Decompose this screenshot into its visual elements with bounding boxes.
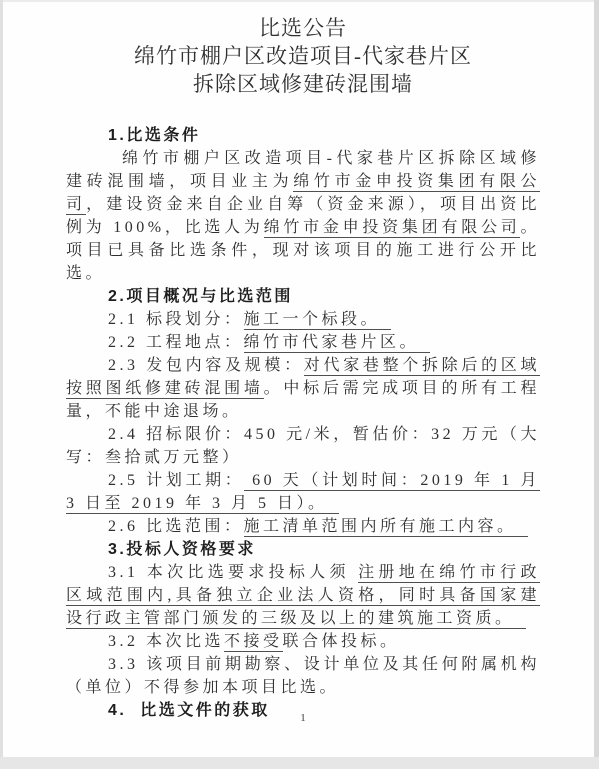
body-paragraph-section-1-paragraph: 绵竹市棚户区改造项目-代家巷片区拆除区域修建砖混围墙，项目业主为绵竹市金申投资集… (66, 147, 540, 285)
numbered-item-item-2-6: 2.6 比选范围：施工清单范围内所有施工内容。 (66, 515, 540, 538)
numbered-item-item-2-2: 2.2 工程地点：绵竹市代家巷片区。 (66, 331, 540, 354)
section-heading-section-2-title: 2.项目概况与比选范围 (66, 285, 540, 308)
text-run: 2.1 标段划分： (108, 311, 244, 328)
numbered-item-item-2-4: 2.4 招标限价：450 元/米，暂估价：32 万元（大写：叁拾贰万元整） (66, 423, 540, 469)
text-run: 1.比选条件 (108, 127, 200, 144)
numbered-item-item-2-1: 2.1 标段划分：施工一个标段。 (66, 308, 540, 331)
numbered-item-item-3-2: 3.2 本次比选不接受联合体投标。 (66, 630, 540, 653)
numbered-item-item-2-5: 2.5 计划工期： 60 天（计划时间：2019 年 1 月 3 日至 2019… (66, 469, 540, 515)
text-run: 联合体投标。 (283, 633, 400, 650)
scan-edge-left (0, 0, 3, 757)
document-title: 比选公告 绵竹市棚户区改造项目-代家巷片区 拆除区域修建砖混围墙 (66, 14, 540, 98)
numbered-item-item-3-3: 3.3 该项目前期勘察、设计单位及其任何附属机构（单位）不得参加本项目比选。 (66, 653, 540, 699)
underlined-text: 绵竹市金申投资集团有限公司 (264, 219, 521, 238)
document-content: 比选公告 绵竹市棚户区改造项目-代家巷片区 拆除区域修建砖混围墙 1.比选条件绵… (66, 14, 540, 722)
underlined-text: 绵竹市代家巷片区。 (244, 334, 431, 353)
title-line-announcement: 比选公告 (66, 14, 540, 42)
text-run: 3.3 该项目前期勘察、设计单位及其任何附属机构（单位）不得参加本项目比选。 (66, 656, 540, 696)
scan-edge-right (594, 0, 599, 769)
text-run: 2.6 比选范围： (108, 518, 244, 535)
text-run: 2.4 招标限价：450 元/米，暂估价：32 万元（大写：叁拾贰万元整） (66, 426, 540, 466)
text-run: 3.2 本次比选 (108, 633, 224, 650)
text-run: 2.项目概况与比选范围 (108, 288, 293, 305)
underlined-text: 施工一个标段。 (244, 311, 392, 330)
scan-edge-bottom (0, 757, 599, 769)
underlined-text: 施工清单范围内所有施工内容。 (244, 518, 528, 537)
document-blocks: 1.比选条件绵竹市棚户区改造项目-代家巷片区拆除区域修建砖混围墙，项目业主为绵竹… (66, 124, 540, 722)
title-line-project: 绵竹市棚户区改造项目-代家巷片区 (66, 42, 540, 70)
section-heading-section-3-title: 3.投标人资格要求 (66, 538, 540, 561)
text-run: 2.2 工程地点： (108, 334, 244, 351)
document-page: 比选公告 绵竹市棚户区改造项目-代家巷片区 拆除区域修建砖混围墙 1.比选条件绵… (0, 0, 599, 769)
text-run: 3.投标人资格要求 (108, 541, 256, 558)
page-number: 1 (66, 712, 540, 724)
underlined-text: 不接受 (224, 633, 283, 652)
text-run: 2.3 发包内容及规模： (108, 357, 304, 374)
title-line-subject: 拆除区域修建砖混围墙 (66, 70, 540, 98)
numbered-item-item-3-1: 3.1 本次比选要求投标人须 注册地在绵竹市行政区域范围内,具备独立企业法人资格… (66, 561, 540, 630)
text-run: 2.5 计划工期： (108, 472, 244, 489)
text-run: 3.1 本次比选要求投标人须 (108, 564, 358, 581)
scan-edge-top (0, 0, 599, 2)
numbered-item-item-2-3: 2.3 发包内容及规模：对代家巷整个拆除后的区域按照图纸修建砖混围墙。中标后需完… (66, 354, 540, 423)
section-heading-section-1-title: 1.比选条件 (66, 124, 540, 147)
